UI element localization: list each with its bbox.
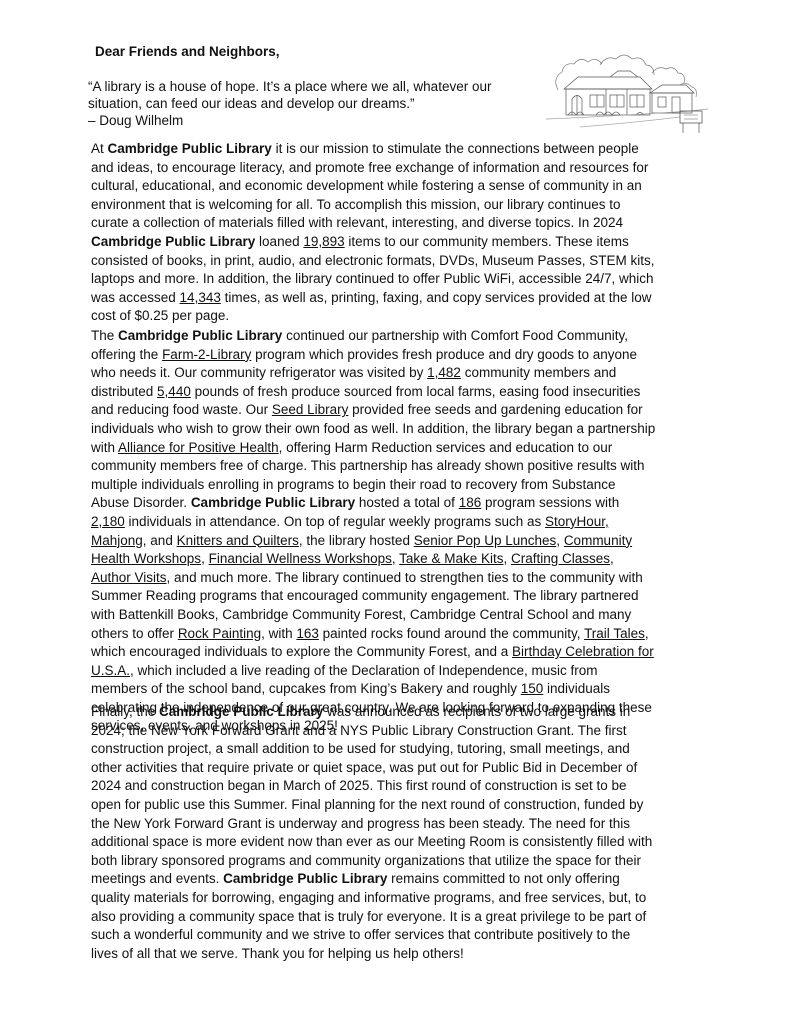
mission-paragraph: At Cambridge Public Library it is our mi… <box>91 140 731 326</box>
text: times, as well as, printing, faxing, and… <box>221 290 652 305</box>
text-line: Mahjong, and Knitters and Quilters, the … <box>91 532 731 551</box>
greeting: Dear Friends and Neighbors, <box>95 44 280 59</box>
text-line: offering the Farm-2-Library program whic… <box>91 346 731 365</box>
programs-paragraph: The Cambridge Public Library continued o… <box>91 327 731 736</box>
text: , which included a live reading of the D… <box>130 663 598 678</box>
text-line: members of the school band, cupcakes fro… <box>91 680 731 699</box>
text: continued our partnership with Comfort F… <box>282 328 628 343</box>
alliance-partner: Alliance for Positive Health <box>118 440 279 455</box>
text-line: was accessed 14,343 times, as well as, p… <box>91 289 731 308</box>
text: Abuse Disorder. <box>91 495 191 510</box>
text: others to offer <box>91 626 178 641</box>
text: Finally, the <box>91 704 159 719</box>
take-make-program: Take & Make Kits <box>399 551 503 566</box>
library-building-sketch-icon <box>540 45 710 137</box>
org-name: Cambridge Public Library <box>108 141 272 156</box>
wifi-accesses-stat: 14,343 <box>180 290 221 305</box>
text-line: and reducing food waste. Our Seed Librar… <box>91 401 731 420</box>
org-name: Cambridge Public Library <box>191 495 355 510</box>
text-line: the New York Forward Grant is underway a… <box>91 815 731 834</box>
quote-attribution: – Doug Wilhelm <box>88 112 538 129</box>
text-line: construction project, a small addition t… <box>91 740 731 759</box>
text: , with <box>261 626 296 641</box>
senior-lunches-program: Senior Pop Up Lunches <box>414 533 557 548</box>
text-line: Summer Reading programs that encouraged … <box>91 587 731 606</box>
rock-painting-program: Rock Painting <box>178 626 261 641</box>
text-line: community members free of charge. This p… <box>91 457 731 476</box>
text: , <box>556 533 564 548</box>
text: individuals <box>543 681 610 696</box>
text: , and <box>143 533 177 548</box>
text-line: others to offer Rock Painting, with 163 … <box>91 625 731 644</box>
text: members of the school band, cupcakes fro… <box>91 681 521 696</box>
text: painted rocks found around the community… <box>319 626 584 641</box>
text-line: Abuse Disorder. Cambridge Public Library… <box>91 494 731 513</box>
text: provided free seeds and gardening educat… <box>348 402 642 417</box>
text: it is our mission to stimulate the conne… <box>272 141 639 156</box>
text: who needs it. Our community refrigerator… <box>91 365 427 380</box>
birthday-celebration-program: U.S.A. <box>91 663 130 678</box>
text: , <box>645 626 649 641</box>
quote-line: situation, can feed our ideas and develo… <box>88 95 538 112</box>
text-line: U.S.A., which included a live reading of… <box>91 662 731 681</box>
text: hosted a total of <box>355 495 459 510</box>
text-line: Health Workshops, Financial Wellness Wor… <box>91 550 731 569</box>
org-name: Cambridge Public Library <box>91 234 255 249</box>
text-line: meetings and events. Cambridge Public Li… <box>91 870 731 889</box>
health-workshops-program: Health Workshops <box>91 551 201 566</box>
painted-rocks-stat: 163 <box>296 626 319 641</box>
attendance-stat: 2,180 <box>91 514 125 529</box>
text-line: Finally, the Cambridge Public Library wa… <box>91 703 731 722</box>
financial-workshops-program: Financial Wellness Workshops <box>209 551 392 566</box>
health-workshops-program: Community <box>564 533 632 548</box>
text: remains committed to not only offering <box>387 871 619 886</box>
text: distributed <box>91 384 157 399</box>
text: At <box>91 141 108 156</box>
text-line: with Battenkill Books, Cambridge Communi… <box>91 606 731 625</box>
farm-2-library-program: Farm-2-Library <box>162 347 251 362</box>
fridge-visitors-stat: 1,482 <box>427 365 461 380</box>
text: offering the <box>91 347 162 362</box>
text: , and much more. The library continued t… <box>167 570 643 585</box>
text-line: which encouraged individuals to explore … <box>91 643 731 662</box>
crafting-program: Crafting Classes <box>511 551 610 566</box>
text: and reducing food waste. Our <box>91 402 272 417</box>
program-sessions-stat: 186 <box>459 495 482 510</box>
text-line: 2024; the New York Forward Grant and a N… <box>91 722 731 741</box>
grants-paragraph: Finally, the Cambridge Public Library wa… <box>91 703 731 963</box>
text-line: cultural, educational, and economic deve… <box>91 177 731 196</box>
text: program which provides fresh produce and… <box>251 347 637 362</box>
text-line: At Cambridge Public Library it is our mi… <box>91 140 731 159</box>
text: community members and <box>461 365 616 380</box>
text-line: other activities that require private or… <box>91 759 731 778</box>
text: , <box>610 551 614 566</box>
text-line: quality materials for borrowing, engagin… <box>91 889 731 908</box>
text-line: environment that is welcoming for all. T… <box>91 196 731 215</box>
text-line: Cambridge Public Library loaned 19,893 i… <box>91 233 731 252</box>
text: with <box>91 440 118 455</box>
knitters-program: Knitters and Quilters, <box>177 533 303 548</box>
text: was announced as recipients of two large… <box>323 704 630 719</box>
text-line: The Cambridge Public Library continued o… <box>91 327 731 346</box>
text-line: 2,180 individuals in attendance. On top … <box>91 513 731 532</box>
text-line: also providing a community space that is… <box>91 908 731 927</box>
text: , <box>201 551 209 566</box>
quote-line: “A library is a house of hope. It’s a pl… <box>88 78 538 95</box>
org-name: Cambridge Public Library <box>223 871 387 886</box>
text-line: both library sponsored programs and comm… <box>91 852 731 871</box>
seed-library-program: Seed Library <box>272 402 349 417</box>
text-line: 2024 and construction began in March of … <box>91 777 731 796</box>
text-line: and ideas, to encourage literacy, and pr… <box>91 159 731 178</box>
text-line: open for public use this Summer. Final p… <box>91 796 731 815</box>
trail-tales-program: Trail Tales <box>584 626 645 641</box>
text: was accessed <box>91 290 180 305</box>
mahjong-program: Mahjong <box>91 533 143 548</box>
text-line: cost of $0.25 per page. <box>91 307 731 326</box>
text: individuals in attendance. On top of reg… <box>125 514 545 529</box>
org-name: Cambridge Public Library <box>118 328 282 343</box>
text: meetings and events. <box>91 871 223 886</box>
text: , offering Harm Reduction services and e… <box>279 440 613 455</box>
text: The <box>91 328 118 343</box>
text: program sessions with <box>481 495 619 510</box>
text: the library hosted <box>303 533 414 548</box>
text-line: individuals who wish to grow their own f… <box>91 420 731 439</box>
text-line: additional space is more evident now tha… <box>91 833 731 852</box>
storyhour-program: StoryHour, <box>545 514 609 529</box>
text: pounds of fresh produce sourced from loc… <box>191 384 640 399</box>
text-line: lives of all that we serve. Thank you fo… <box>91 945 731 964</box>
items-loaned-stat: 19,893 <box>303 234 344 249</box>
text-line: distributed 5,440 pounds of fresh produc… <box>91 383 731 402</box>
author-visits-program: Author Visits <box>91 570 167 585</box>
text-line: consisted of books, in print, audio, and… <box>91 252 731 271</box>
birthday-celebration-program: Birthday Celebration for <box>512 644 654 659</box>
produce-pounds-stat: 5,440 <box>157 384 191 399</box>
text-line: multiple individuals enrolling in progra… <box>91 476 731 495</box>
text-line: with Alliance for Positive Health, offer… <box>91 439 731 458</box>
text-line: laptops and more. In addition, the libra… <box>91 270 731 289</box>
org-name: Cambridge Public Library <box>159 704 323 719</box>
text: which encouraged individuals to explore … <box>91 644 512 659</box>
text: , <box>503 551 511 566</box>
text: items to our community members. These it… <box>345 234 629 249</box>
text-line: Author Visits, and much more. The librar… <box>91 569 731 588</box>
text-line: such a wonderful community and we strive… <box>91 926 731 945</box>
quote-block: “A library is a house of hope. It’s a pl… <box>88 78 538 129</box>
birthday-attendees-stat: 150 <box>521 681 544 696</box>
text-line: curate a collection of materials filled … <box>91 214 731 233</box>
text: loaned <box>255 234 303 249</box>
text-line: who needs it. Our community refrigerator… <box>91 364 731 383</box>
